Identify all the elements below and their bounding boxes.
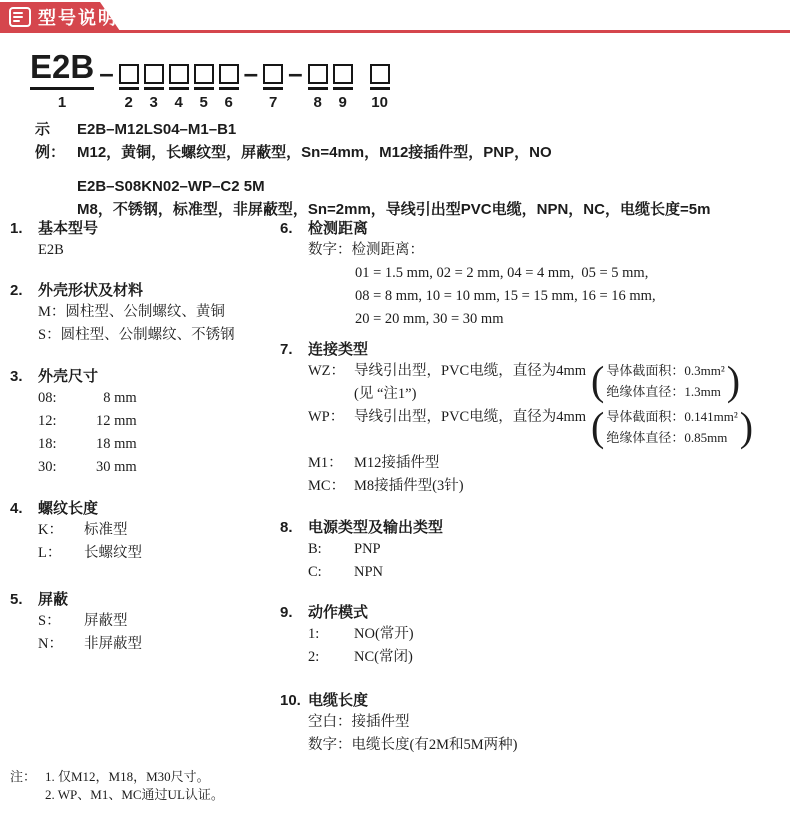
position-number: 6 xyxy=(225,95,233,111)
section-6: 6.检测距离 数字：检测距离： 01 = 1.5 mm, 02 = 2 mm, … xyxy=(280,219,782,331)
model-box xyxy=(144,64,164,84)
model-dash-unit: – xyxy=(99,63,113,111)
position-number: 3 xyxy=(150,95,158,111)
model-box-unit: 8 xyxy=(308,64,328,111)
underline xyxy=(30,87,94,90)
option-row: MC：M8接插件型(3针) xyxy=(308,475,782,498)
model-box xyxy=(263,64,283,84)
examples-lines: E2B–M12LS04–M1–B1 M12，黄铜，长螺纹型，屏蔽型，Sn=4mm… xyxy=(77,118,710,221)
section-number: 7. xyxy=(280,340,308,360)
examples-label: 示例： xyxy=(35,118,77,221)
position-number: 1 xyxy=(58,95,66,111)
section-1: 1.基本型号 E2B xyxy=(10,219,280,262)
model-box-unit: 9 xyxy=(333,64,353,111)
option-value: 非屏蔽型 xyxy=(84,636,142,652)
underline xyxy=(219,87,239,90)
underline xyxy=(169,87,189,90)
option-value: 导线引出型，PVC电缆，直径为4mm xyxy=(354,360,586,383)
option-value: NO(常开) xyxy=(354,626,414,642)
option-key: B: xyxy=(308,538,354,561)
option-row: 2:NC(常闭) xyxy=(308,646,782,669)
section-number: 5. xyxy=(10,590,38,610)
spec-line: 绝缘体直径：1.3mm xyxy=(606,381,724,402)
option-key: N： xyxy=(38,633,84,656)
option-key: K： xyxy=(38,519,84,542)
right-column: 6.检测距离 数字：检测距离： 01 = 1.5 mm, 02 = 2 mm, … xyxy=(280,219,782,757)
section-number: 8. xyxy=(280,518,308,538)
model-prefix-unit: E2B 1 xyxy=(30,50,94,111)
model-box-unit: 2 xyxy=(119,64,139,111)
model-box-unit: 5 xyxy=(194,64,214,111)
section-banner: 型号说明 xyxy=(0,2,122,31)
position-number: 10 xyxy=(371,95,388,111)
section-number: 3. xyxy=(10,367,38,387)
option-value: NPN xyxy=(354,564,383,580)
option-key: 2: xyxy=(308,646,354,669)
position-number: 9 xyxy=(338,95,346,111)
option-key: WZ： xyxy=(308,360,354,383)
option-row: M1：M12接插件型 xyxy=(308,452,782,475)
model-dash-unit: – xyxy=(288,63,302,111)
section-title: 检测距离 xyxy=(308,219,368,239)
option-row: N：非屏蔽型 xyxy=(38,633,280,656)
underline xyxy=(308,87,328,90)
section-title: 连接类型 xyxy=(308,340,368,360)
paren-open: ( xyxy=(591,359,604,402)
option-value: 标准型 xyxy=(84,522,128,538)
option-value: 30 mm xyxy=(96,459,137,475)
option-row: 30:30 mm xyxy=(38,456,280,479)
left-column: 1.基本型号 E2B 2.外壳形状及材料 M：圆柱型、公制螺纹、黄铜 S：圆柱型… xyxy=(10,219,280,757)
option-row: 08: 8 mm xyxy=(38,387,280,410)
position-number: 2 xyxy=(125,95,133,111)
underline xyxy=(194,87,214,90)
section-number: 9. xyxy=(280,603,308,623)
distance-values: 01 = 1.5 mm, 02 = 2 mm, 04 = 4 mm, 05 = … xyxy=(355,262,782,331)
distance-line: 01 = 1.5 mm, 02 = 2 mm, 04 = 4 mm, 05 = … xyxy=(355,262,782,285)
footnote-lines: 1. 仅M12，M18，M30尺寸。 2. WP、M1、MC通过UL认证。 xyxy=(45,768,224,803)
paren-close: ) xyxy=(727,359,740,402)
option-row: 1:NO(常开) xyxy=(308,623,782,646)
model-box-unit: 3 xyxy=(144,64,164,111)
option-key: C: xyxy=(308,561,354,584)
content-columns: 1.基本型号 E2B 2.外壳形状及材料 M：圆柱型、公制螺纹、黄铜 S：圆柱型… xyxy=(10,219,782,757)
section-5: 5.屏蔽 S：屏蔽型 N：非屏蔽型 xyxy=(10,590,280,656)
option-row: K：标准型 xyxy=(38,519,280,542)
model-box xyxy=(119,64,139,84)
examples-block: 示例： E2B–M12LS04–M1–B1 M12，黄铜，长螺纹型，屏蔽型，Sn… xyxy=(35,118,710,221)
position-number: 8 xyxy=(313,95,321,111)
footnote-line: 1. 仅M12，M18，M30尺寸。 xyxy=(45,768,224,786)
option-key: 30: xyxy=(38,456,96,479)
example-code: E2B–M12LS04–M1–B1 xyxy=(77,118,710,141)
underline xyxy=(263,87,283,90)
option-row: S：屏蔽型 xyxy=(38,610,280,633)
model-dash-unit: – xyxy=(244,63,258,111)
option-key: L： xyxy=(38,542,84,565)
underline xyxy=(144,87,164,90)
section-9: 9.动作模式 1:NO(常开) 2:NC(常闭) xyxy=(280,603,782,669)
option-row: 18:18 mm xyxy=(38,433,280,456)
option-value: NC(常闭) xyxy=(354,649,413,665)
paren-open: ( xyxy=(591,405,604,448)
spec-lines: 导体截面积：0.141mm² 绝缘体直径：0.85mm xyxy=(604,406,739,448)
model-box xyxy=(194,64,214,84)
underline xyxy=(333,87,353,90)
section-number: 4. xyxy=(10,499,38,519)
option-value: M8接插件型(3针) xyxy=(354,478,464,494)
option-row: B:PNP xyxy=(308,538,782,561)
dash: – xyxy=(288,63,302,84)
section-number: 10. xyxy=(280,691,308,711)
section-4: 4.螺纹长度 K：标准型 L：长螺纹型 xyxy=(10,499,280,565)
spec-lines: 导体截面积：0.3mm² 绝缘体直径：1.3mm xyxy=(604,360,726,402)
option-row: L：长螺纹型 xyxy=(38,542,280,565)
section-8: 8.电源类型及输出类型 B:PNP C:NPN xyxy=(280,518,782,584)
option-key: 12: xyxy=(38,410,96,433)
section-title: 动作模式 xyxy=(308,603,368,623)
option-key: 08: xyxy=(38,387,96,410)
option-value: 8 mm xyxy=(96,390,137,406)
section-3: 3.外壳尺寸 08: 8 mm 12:12 mm 18:18 mm 30:30 … xyxy=(10,367,280,479)
section-line: E2B xyxy=(38,239,280,262)
option-note: (见 “注1”) xyxy=(354,383,586,406)
option-value: 导线引出型，PVC电缆，直径为4mm xyxy=(354,406,586,429)
section-number: 1. xyxy=(10,219,38,239)
section-intro: 数字：检测距离： xyxy=(308,239,782,262)
header-rule xyxy=(0,30,790,33)
option-text: 导线引出型，PVC电缆，直径为4mm (见 “注1”) xyxy=(354,360,586,406)
option-value: 18 mm xyxy=(96,436,137,452)
footnotes: 注： 1. 仅M12，M18，M30尺寸。 2. WP、M1、MC通过UL认证。 xyxy=(10,768,224,803)
model-number-diagram: E2B 1 – 2 3 4 5 xyxy=(30,50,390,111)
dash: – xyxy=(99,63,113,84)
paren-close: ) xyxy=(740,405,753,448)
document-icon xyxy=(9,7,31,27)
section-title: 基本型号 xyxy=(38,219,98,239)
position-number: 7 xyxy=(269,95,277,111)
option-key: WP： xyxy=(308,406,354,429)
section-10: 10.电缆长度 空白：接插件型 数字：电缆长度(有2M和5M两种) xyxy=(280,691,782,757)
example-desc: M8，不锈钢，标准型，非屏蔽型，Sn=2mm，导线引出型PVC电缆，NPN，NC… xyxy=(77,198,710,221)
page: 型号说明 E2B 1 – 2 3 4 xyxy=(0,0,790,823)
option-value: PNP xyxy=(354,541,381,557)
option-value: M12接插件型 xyxy=(354,455,439,471)
option-row: 空白：接插件型 xyxy=(308,711,782,734)
spec-bracket: ( 导体截面积：0.3mm² 绝缘体直径：1.3mm ) xyxy=(591,360,740,402)
option-row: 12:12 mm xyxy=(38,410,280,433)
position-number: 5 xyxy=(200,95,208,111)
section-number: 6. xyxy=(280,219,308,239)
model-box xyxy=(169,64,189,84)
model-box xyxy=(370,64,390,84)
section-title: 屏蔽 xyxy=(38,590,68,610)
model-box-unit: 6 xyxy=(219,64,239,111)
option-text: 导线引出型，PVC电缆，直径为4mm xyxy=(354,406,586,429)
model-box xyxy=(308,64,328,84)
underline xyxy=(119,87,139,90)
model-box xyxy=(219,64,239,84)
model-box-unit: 4 xyxy=(169,64,189,111)
section-title: 螺纹长度 xyxy=(38,499,98,519)
option-value: 长螺纹型 xyxy=(84,545,142,561)
underline xyxy=(370,87,390,90)
option-value: 12 mm xyxy=(96,413,137,429)
footnote-label: 注： xyxy=(10,768,45,803)
spec-line: 导体截面积：0.3mm² xyxy=(606,360,724,381)
option-row-wz: WZ： 导线引出型，PVC电缆，直径为4mm (见 “注1”) ( 导体截面积：… xyxy=(308,360,782,406)
option-row: S：圆柱型、公制螺纹、不锈钢 xyxy=(38,324,280,347)
section-title: 外壳形状及材料 xyxy=(38,281,143,301)
model-box-unit: 10 xyxy=(370,64,390,111)
distance-line: 08 = 8 mm, 10 = 10 mm, 15 = 15 mm, 16 = … xyxy=(355,285,782,308)
option-value: 屏蔽型 xyxy=(84,613,128,629)
option-key: MC： xyxy=(308,475,354,498)
option-row: 数字：电缆长度(有2M和5M两种) xyxy=(308,734,782,757)
position-number: 4 xyxy=(175,95,183,111)
option-row-wp: WP： 导线引出型，PVC电缆，直径为4mm ( 导体截面积：0.141mm² … xyxy=(308,406,782,452)
example-desc: M12，黄铜，长螺纹型，屏蔽型，Sn=4mm，M12接插件型，PNP，NO xyxy=(77,141,710,164)
section-title: 电缆长度 xyxy=(308,691,368,711)
spec-line: 导体截面积：0.141mm² xyxy=(606,406,737,427)
footnote-line: 2. WP、M1、MC通过UL认证。 xyxy=(45,786,224,804)
option-row: C:NPN xyxy=(308,561,782,584)
spec-bracket: ( 导体截面积：0.141mm² 绝缘体直径：0.85mm ) xyxy=(591,406,753,448)
section-number: 2. xyxy=(10,281,38,301)
section-2: 2.外壳形状及材料 M：圆柱型、公制螺纹、黄铜 S：圆柱型、公制螺纹、不锈钢 xyxy=(10,281,280,347)
option-key: S： xyxy=(38,610,84,633)
page-title: 型号说明 xyxy=(38,4,118,30)
spec-line: 绝缘体直径：0.85mm xyxy=(606,427,737,448)
section-title: 电源类型及输出类型 xyxy=(308,518,443,538)
example-code: E2B–S08KN02–WP–C2 5M xyxy=(77,175,710,198)
option-key: M1： xyxy=(308,452,354,475)
option-row: M：圆柱型、公制螺纹、黄铜 xyxy=(38,301,280,324)
section-7: 7.连接类型 WZ： 导线引出型，PVC电缆，直径为4mm (见 “注1”) (… xyxy=(280,340,782,498)
section-title: 外壳尺寸 xyxy=(38,367,98,387)
model-prefix: E2B xyxy=(30,50,94,84)
option-key: 18: xyxy=(38,433,96,456)
dash: – xyxy=(244,63,258,84)
model-box xyxy=(333,64,353,84)
option-key: 1: xyxy=(308,623,354,646)
model-box-unit: 7 xyxy=(263,64,283,111)
distance-line: 20 = 20 mm, 30 = 30 mm xyxy=(355,308,782,331)
